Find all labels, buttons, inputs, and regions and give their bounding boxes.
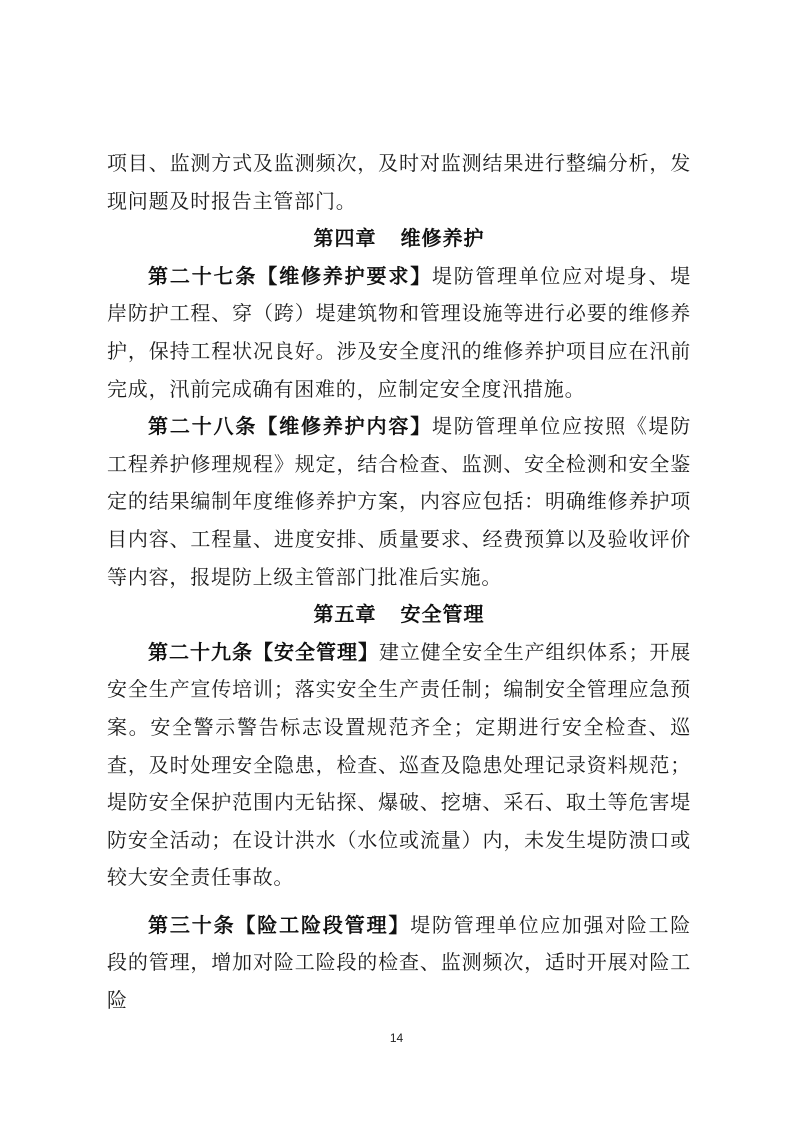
article-29: 第二十九条【安全管理】建立健全安全生产组织体系；开展安全生产宣传培训；落实安全生… [107,634,691,897]
chapter-4-number: 第四章 [314,226,377,250]
article-29-body: 建立健全安全生产组织体系；开展安全生产宣传培训；落实安全生产责任制；编制安全管理… [107,640,691,890]
article-28-heading: 第二十八条【维修养护内容】 [148,414,432,438]
chapter-5-heading: 第五章安全管理 [107,596,691,634]
chapter-5-title: 安全管理 [401,602,485,626]
chapter-4-heading: 第四章维修养护 [107,220,691,258]
article-28-body: 堤防管理单位应按照《堤防工程养护修理规程》规定，结合检查、监测、安全检测和安全鉴… [107,414,691,588]
chapter-5-number: 第五章 [314,602,377,626]
article-30: 第三十条【险工险段管理】堤防管理单位应加强对险工险段的管理，增加对险工险段的检查… [107,907,691,1020]
paragraph-spacer [107,897,691,907]
article-29-heading: 第二十九条【安全管理】 [148,640,379,664]
article-30-heading: 第三十条【险工险段管理】 [148,913,410,937]
continuation-paragraph: 项目、监测方式及监测频次，及时对监测结果进行整编分析，发现问题及时报告主管部门。 [107,145,691,220]
article-27-heading: 第二十七条【维修养护要求】 [148,264,432,288]
page-number: 14 [0,1031,793,1045]
document-page: 项目、监测方式及监测频次，及时对监测结果进行整编分析，发现问题及时报告主管部门。… [107,145,691,1020]
chapter-4-title: 维修养护 [401,226,485,250]
article-28: 第二十八条【维修养护内容】堤防管理单位应按照《堤防工程养护修理规程》规定，结合检… [107,408,691,596]
article-27: 第二十七条【维修养护要求】堤防管理单位应对堤身、堤岸防护工程、穿（跨）堤建筑物和… [107,258,691,408]
